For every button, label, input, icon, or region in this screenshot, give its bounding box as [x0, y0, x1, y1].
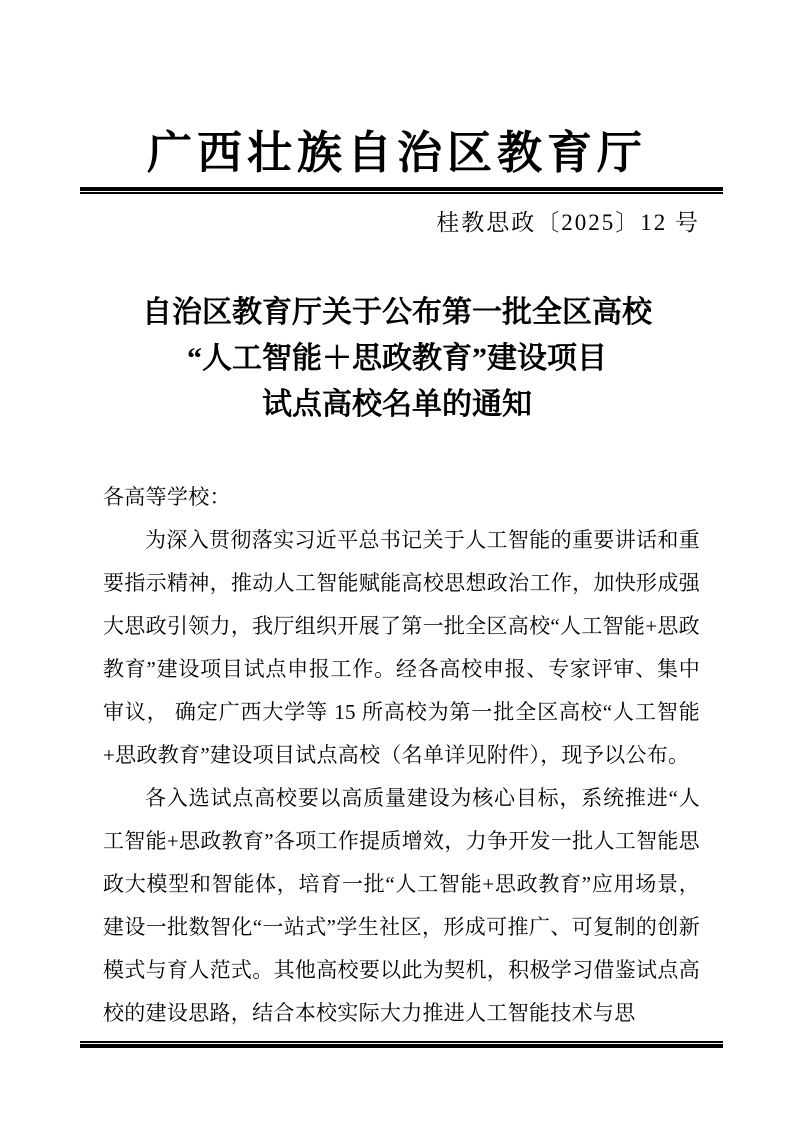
body-paragraph-1: 为深入贯彻落实习近平总书记关于人工智能的重要讲话和重要指示精神，推动人工智能赋能…: [103, 519, 700, 777]
document-title-line-2: “人工智能＋思政教育”建设项目: [0, 336, 794, 382]
document-title: 自治区教育厅关于公布第一批全区高校 “人工智能＋思政教育”建设项目 试点高校名单…: [0, 290, 794, 428]
agency-name: 广西壮族自治区教育厅: [0, 128, 794, 180]
letterhead: 广西壮族自治区教育厅: [0, 0, 794, 180]
body-paragraph-2: 各入选试点高校要以高质量建设为核心目标，系统推进“人工智能+思政教育”各项工作提…: [103, 777, 700, 1035]
document-title-line-1: 自治区教育厅关于公布第一批全区高校: [0, 290, 794, 336]
document-reference-number: 桂教思政〔2025〕12 号: [0, 208, 700, 238]
document-body: 各高等学校： 为深入贯彻落实习近平总书记关于人工智能的重要讲话和重要指示精神，推…: [0, 476, 794, 1035]
scanned-official-document-page: 广西壮族自治区教育厅 桂教思政〔2025〕12 号 自治区教育厅关于公布第一批全…: [0, 0, 794, 1123]
salutation: 各高等学校：: [103, 476, 700, 519]
document-title-line-3: 试点高校名单的通知: [0, 382, 794, 428]
letterhead-double-rule: [80, 187, 723, 194]
footer-double-rule: [80, 1041, 723, 1048]
